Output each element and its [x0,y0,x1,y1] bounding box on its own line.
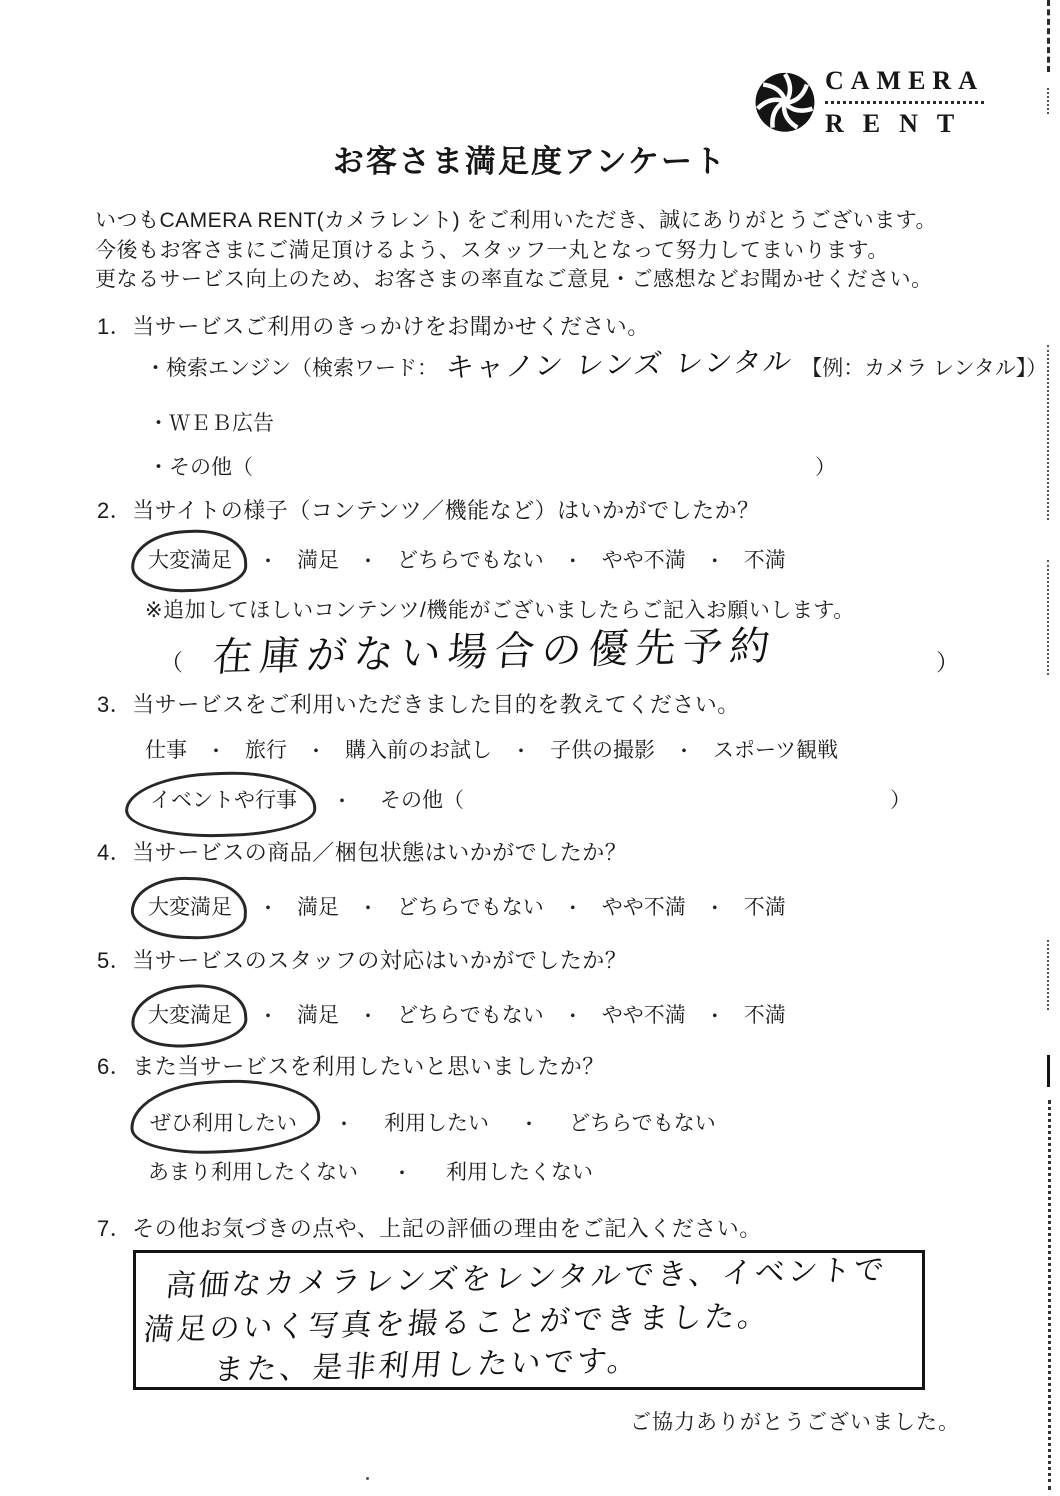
intro-line: 今後もお客さまにご満足頂けるよう、スタッフ一丸となって努力してまいります。 [95,236,937,266]
q4-rating-options: 大変満足 ・ 満足 ・ どちらでもない ・ やや不満 ・ 不満 [141,888,786,924]
q1-option-other: ・その他（ ） [148,451,836,481]
intro-paragraph: いつもCAMERA RENT(カメラレント) をご利用いただき、誠にありがとうご… [95,206,937,295]
q3-option-other-close-paren: ） [890,784,911,814]
option-separator: ・ [392,1157,412,1186]
q5-rating-options: 大変満足 ・ 満足 ・ どちらでもない ・ やや不満 ・ 不満 [141,996,786,1032]
q6-option-1: ぜひ利用したい [150,1112,297,1135]
q2-option-1: 大変満足 [148,549,232,572]
q5-option-3: どちらでもない [397,999,544,1029]
q4-option-4: やや不満 [602,891,686,921]
q1-option-other-close-paren: ） [815,451,836,481]
option-separator: ・ [306,735,326,764]
q3-option-2: 旅行 [245,734,287,764]
q6-options-row1: ぜひ利用したい ・ 利用したい ・ どちらでもない [143,1104,716,1140]
option-separator: ・ [258,545,278,574]
logo: CAMERA RENT [753,66,984,139]
q4-heading: 4．当サービスの商品／梱包状態はいかがでしたか？ [97,836,627,867]
q1-option-web: ・ＷＥＢ広告 [148,407,274,437]
q3-heading: 3．当サービスをご利用いただきました目的を教えてください。 [97,688,740,719]
q5-option-1: 大変満足 [148,1004,232,1027]
aperture-icon [753,66,817,136]
q7-comment-box: 高価なカメラレンズをレンタルでき、イベントで 満足のいく写真を撮ることができまし… [133,1250,925,1390]
scan-artifact [1047,0,1050,72]
q3-option-other-label: その他（ [380,784,464,814]
q7-heading: 7．その他お気づきの点や、上記の評価の理由をご記入ください。 [97,1212,762,1243]
option-separator: ・ [258,1000,278,1029]
q5-option-selected: 大変満足 [141,996,239,1032]
q3-option-3: 購入前のお試し [345,734,492,764]
q4-option-selected: 大変満足 [141,888,239,924]
q2-answer-open-paren: （ [160,644,183,677]
q6-options-row2: あまり利用したくない ・ 利用したくない [148,1156,593,1186]
scan-speck [366,1477,369,1480]
scanned-survey-page: CAMERA RENT お客さま満足度アンケート いつもCAMERA RENT(… [0,0,1060,1496]
q6-option-3: どちらでもない [569,1107,716,1137]
scan-artifact [1047,345,1049,520]
q4-option-1: 大変満足 [148,896,232,919]
brand-line-rent: RENT [825,109,984,139]
option-separator: ・ [705,1000,725,1029]
q3-option-6: イベントや行事 [150,789,297,812]
q3-purpose-options-row2: イベントや行事 ・ その他（ ） [143,781,911,817]
option-separator: ・ [511,735,531,764]
option-separator: ・ [258,892,278,921]
option-separator: ・ [358,545,378,574]
q2-option-5: 不満 [744,544,786,574]
closing-thanks: ご協力ありがとうございました。 [630,1406,960,1436]
option-separator: ・ [358,1000,378,1029]
q1-option-search-example: 【例：カメラ レンタル】） [801,352,1047,382]
q1-option-web-label: ・ＷＥＢ広告 [148,407,274,437]
handwritten-search-keyword: キャノン レンズ レンタル [444,340,795,386]
q3-option-1: 仕事 [145,734,187,764]
option-separator: ・ [206,735,226,764]
scan-artifact [1047,88,1049,114]
q1-heading: 1．当サービスご利用のきっかけをお聞かせください。 [97,310,650,341]
q2-answer-close-paren: ） [936,644,959,677]
scan-artifact [1047,940,1049,1010]
q5-heading: 5．当サービスのスタッフの対応はいかがでしたか？ [97,944,627,975]
q6-heading: 6．また当サービスを利用したいと思いましたか？ [97,1050,605,1081]
q5-option-2: 満足 [297,999,339,1029]
q2-option-selected: 大変満足 [141,541,239,577]
option-separator: ・ [332,785,352,814]
q1-option-search: ・検索エンジン（検索ワード： キャノン レンズ レンタル 【例：カメラ レンタル… [145,352,1047,386]
q1-option-search-label: ・検索エンジン（検索ワード： [145,352,438,382]
brand-line-camera: CAMERA [825,66,984,104]
q3-option-4: 子供の撮影 [550,734,655,764]
q2-option-4: やや不満 [602,544,686,574]
q1-option-other-label: ・その他（ [148,451,253,481]
handwritten-comment-line: また、是非利用したいです。 [212,1335,643,1389]
q3-purpose-options-row1: 仕事 ・ 旅行 ・ 購入前のお試し ・ 子供の撮影 ・ スポーツ観戦 [145,734,838,764]
scan-artifact [1047,1055,1050,1087]
scan-artifact [1048,1100,1051,1490]
q4-option-5: 不満 [744,891,786,921]
brand-name: CAMERA RENT [825,66,984,139]
q3-option-5: スポーツ観戦 [713,734,838,764]
q2-rating-options: 大変満足 ・ 満足 ・ どちらでもない ・ やや不満 ・ 不満 [141,541,786,577]
option-separator: ・ [563,1000,583,1029]
scan-artifact [1047,560,1049,675]
q6-option-5: 利用したくない [446,1156,593,1186]
option-separator: ・ [705,892,725,921]
q6-option-selected: ぜひ利用したい [143,1104,304,1140]
q5-option-5: 不満 [744,999,786,1029]
q2-heading: 2．当サイトの様子（コンテンツ／機能など）はいかがでしたか？ [97,494,760,525]
q3-option-selected: イベントや行事 [143,781,304,817]
q5-option-4: やや不満 [602,999,686,1029]
intro-line: 更なるサービス向上のため、お客さまの率直なご意見・ご感想などお聞かせください。 [95,265,937,295]
q2-option-2: 満足 [297,544,339,574]
q6-option-4: あまり利用したくない [148,1156,358,1186]
q6-option-2: 利用したい [384,1107,489,1137]
handwritten-q2-answer: 在庫がない場合の優先予約 [211,614,780,683]
option-separator: ・ [334,1108,354,1137]
q4-option-2: 満足 [297,891,339,921]
q2-option-3: どちらでもない [397,544,544,574]
option-separator: ・ [563,545,583,574]
q4-option-3: どちらでもない [397,891,544,921]
option-separator: ・ [358,892,378,921]
intro-line: いつもCAMERA RENT(カメラレント) をご利用いただき、誠にありがとうご… [95,206,937,236]
option-separator: ・ [563,892,583,921]
page-title: お客さま満足度アンケート [0,136,1060,181]
option-separator: ・ [519,1108,539,1137]
option-separator: ・ [705,545,725,574]
option-separator: ・ [674,735,694,764]
